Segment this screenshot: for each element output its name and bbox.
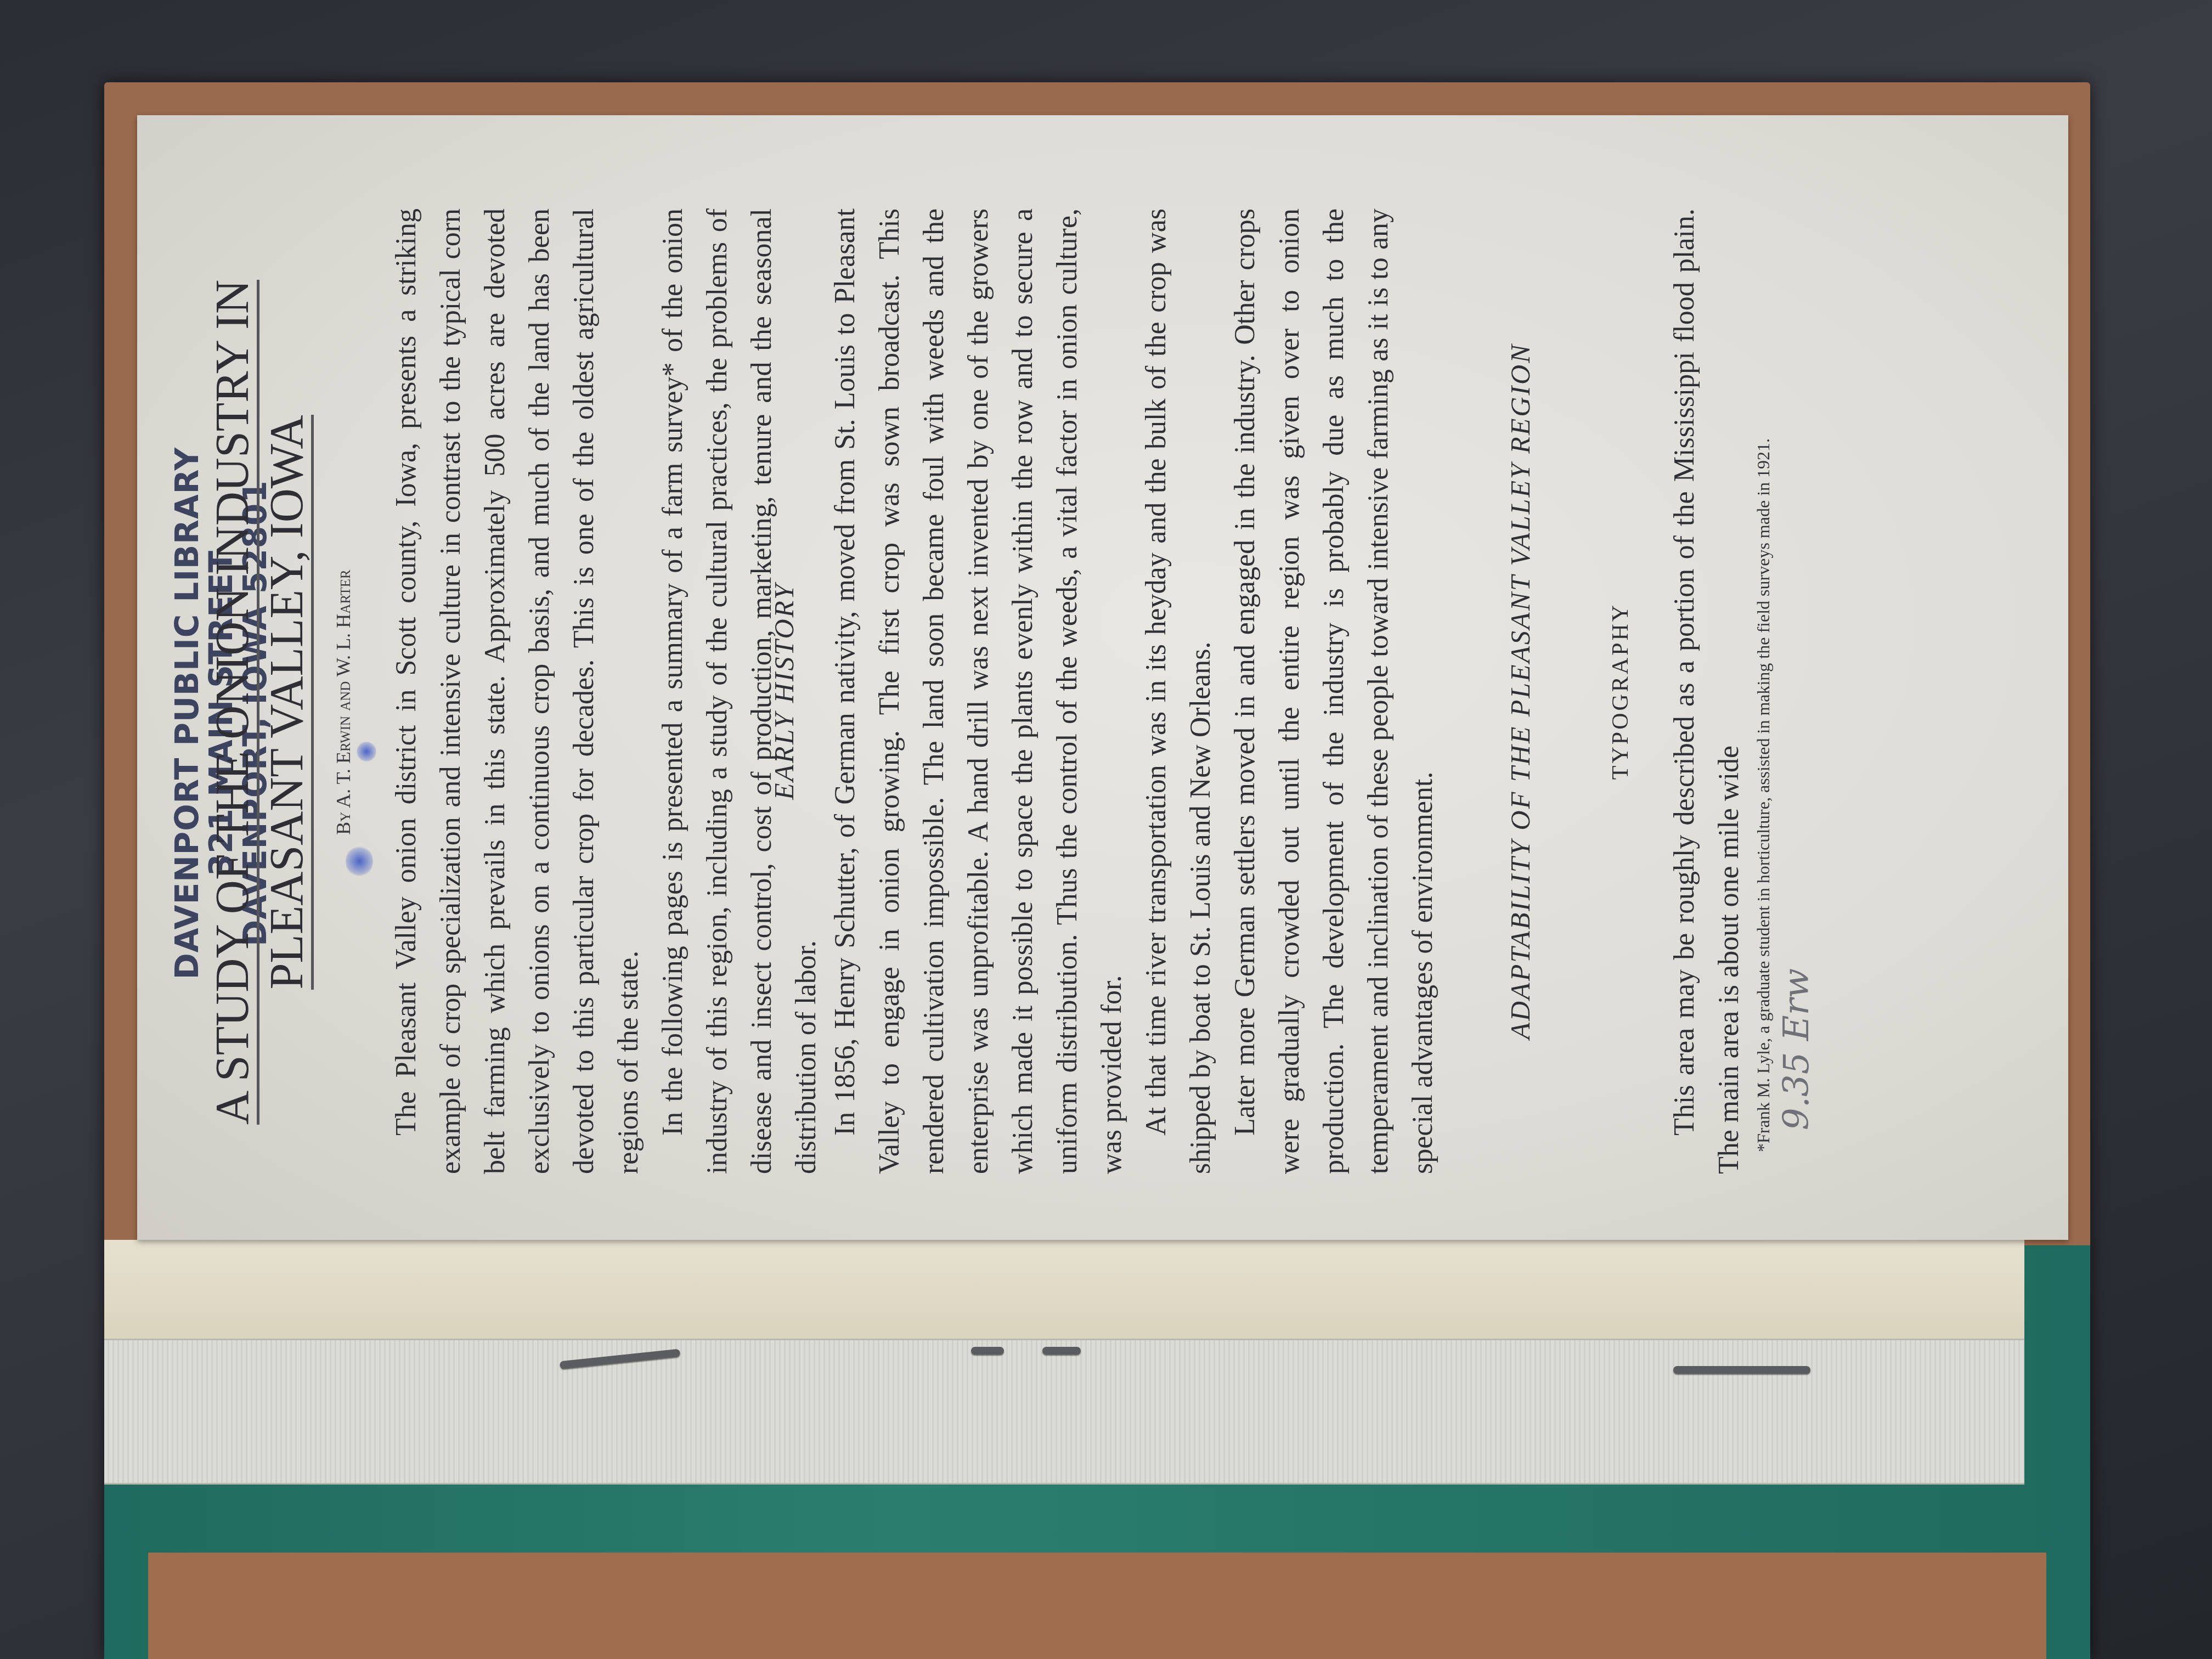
footnote: *Frank M. Lyle, a graduate student in ho… — [1753, 208, 1774, 1174]
inner-board — [148, 1553, 2046, 1659]
staple — [1042, 1347, 1081, 1355]
paragraph: In the following pages is presented a su… — [651, 208, 828, 1174]
blue-ink-spot — [357, 741, 376, 763]
blue-ink-spot — [346, 845, 373, 878]
byline: By A. T. Erwin and W. L. Harter — [332, 252, 355, 1152]
rotated-page-content: DAVENPORT PUBLIC LIBRARY 321 MAIN STREET… — [137, 115, 2068, 1240]
intro-section: The Pleasant Valley onion district in Sc… — [384, 208, 828, 1174]
paper-stub-strip — [104, 1240, 2024, 1345]
title-line-2: PLEASANT VALLEY, IOWA — [263, 415, 314, 989]
section-heading-early-history: EARLY HISTORY — [768, 208, 800, 1174]
paragraph: This area may be roughly described as a … — [1662, 208, 1751, 1174]
document-page: DAVENPORT PUBLIC LIBRARY 321 MAIN STREET… — [137, 115, 2068, 1240]
paragraph: In 1856, Henry Schutter, of German nativ… — [823, 208, 1134, 1174]
early-history-section: In 1856, Henry Schutter, of German nativ… — [823, 208, 1445, 1174]
staple — [1673, 1366, 1810, 1374]
title-line-1: A STUDY OF THE ONION INDUSTRY IN — [208, 280, 259, 1125]
paragraph: Later more German settlers moved in and … — [1223, 208, 1445, 1174]
paragraph: The Pleasant Valley onion district in Sc… — [384, 208, 651, 1174]
page-title: A STUDY OF THE ONION INDUSTRY IN PLEASAN… — [208, 252, 314, 1152]
paragraph: At that time river transportation was in… — [1134, 208, 1223, 1174]
subheading-typography: TYPOGRAPHY — [1607, 208, 1634, 1174]
adaptability-section: This area may be roughly described as a … — [1662, 208, 1751, 1174]
section-heading-adaptability: ADAPTABILITY OF THE PLEASANT VALLEY REGI… — [1503, 208, 1537, 1174]
staple — [971, 1347, 1004, 1355]
stamp-line-1: DAVENPORT PUBLIC LIBRARY — [170, 302, 204, 1125]
handwritten-call-number: 9.35 Erw — [1778, 823, 1942, 1130]
binding-tape — [104, 1339, 2024, 1485]
